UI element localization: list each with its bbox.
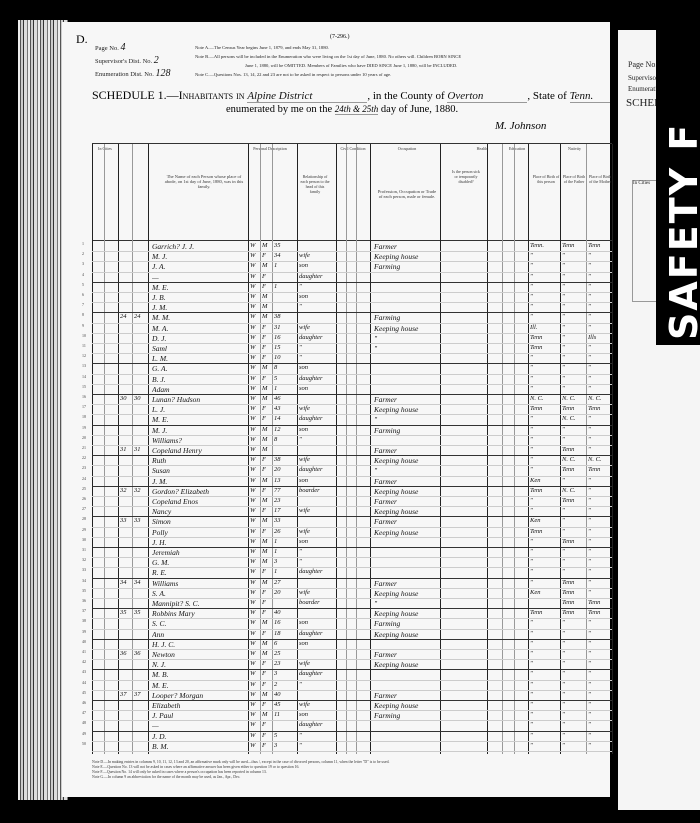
cell-birth: " [530,303,560,310]
cell-color: W [250,589,260,596]
cell-father: N. C. [562,415,586,422]
cell-occ: Farmer [374,579,438,588]
cell-name: L. M. [152,354,248,363]
cell-father: " [562,477,586,484]
cell-sex: M [262,395,272,402]
facing-in-cities-label: In Cities [633,181,650,186]
county-value: Overton [447,90,527,103]
cell-rel: son [299,477,335,484]
row-number: 10 [82,333,86,338]
table-row: 50B. M.WF3"""" [92,741,612,752]
row-number: 26 [82,496,86,501]
cell-name: Mannipit? S. C. [152,599,248,608]
cell-rel: wife [299,252,335,259]
cell-mother: " [588,426,612,433]
cell-name: Copeland Henry [152,446,248,455]
cell-birth: N. C. [530,395,560,402]
cell-name: J. H. [152,538,248,547]
cell-father: " [562,660,586,667]
cell-birth: " [530,579,560,586]
cell-color: W [250,324,260,331]
cell-name: M. A. [152,324,248,333]
cell-age: 13 [274,477,296,484]
cell-age: 17 [274,507,296,514]
row-number: 42 [82,659,86,664]
cell-color: W [250,466,260,473]
cell-color: W [250,415,260,422]
cell-rel: wife [299,660,335,667]
state-value: Tenn. [570,90,610,103]
row-number: 30 [82,537,86,542]
cell-mother: Ills [588,334,612,341]
note-c: Note C.—Questions Nos. 13, 14, 22 and 23… [195,70,605,79]
cell-birth: " [530,650,560,657]
cell-mother: N. C. [588,395,612,402]
row-number: 50 [82,741,86,746]
cell-age: 34 [274,252,296,259]
cell-occ: Farmer [374,691,438,700]
cell-mother: " [588,283,612,290]
row-number: 11 [82,343,86,348]
cell-sex: M [262,579,272,586]
cell-birth: Ken [530,517,560,524]
cell-sex: M [262,426,272,433]
enumeration-line: enumerated by me on the 24th & 25th day … [226,104,458,115]
cell-father: Tenn [562,466,586,473]
cell-birth: " [530,742,560,749]
cell-rel: son [299,538,335,545]
schedule-letter: D. [76,32,88,47]
page-number-label: Page No. [95,45,119,52]
cell-occ: Farming [374,619,438,628]
cell-dwelling: 35 [120,609,132,616]
cell-name: Saml [152,344,248,353]
row-number: 31 [82,547,86,552]
cell-name: M. E. [152,283,248,292]
cell-birth: Tenn [530,334,560,341]
page-number-value: 4 [120,42,125,53]
cell-sex: F [262,252,272,259]
cell-occ: Farmer [374,446,438,455]
cell-father: N. C. [562,487,586,494]
row-number: 22 [82,455,86,460]
cell-mother: " [588,415,612,422]
cell-father: N. C. [562,456,586,463]
cell-father: Tenn [562,497,586,504]
cell-color: W [250,354,260,361]
cell-mother: " [588,742,612,749]
cell-rel: " [299,354,335,361]
cell-rel: daughter [299,415,335,422]
instruction-notes: Note A.—The Census Year begins June 1, 1… [195,43,605,79]
cell-age: 43 [274,405,296,412]
cell-father: " [562,732,586,739]
cell-sex: M [262,446,272,453]
cell-occ: Keeping house [374,456,438,465]
cell-mother: " [588,487,612,494]
cell-father: " [562,334,586,341]
cell-mother: " [588,732,612,739]
cell-sex: M [262,548,272,555]
cell-birth: " [530,660,560,667]
book-binding-edge [18,20,68,800]
cell-sex: F [262,599,272,606]
cell-color: W [250,375,260,382]
cell-name: Nancy [152,507,248,516]
cell-father: Tenn [562,579,586,586]
civil-division-value: Alpine District [247,90,367,103]
cell-occ: Keeping house [374,589,438,598]
cell-mother: " [588,344,612,351]
cell-occ: Keeping house [374,528,438,537]
cell-age: 15 [274,344,296,351]
cell-color: W [250,344,260,351]
cell-rel: " [299,558,335,565]
cell-sex: F [262,324,272,331]
row-number: 1 [82,241,84,246]
cell-color: W [250,477,260,484]
cell-birth: Tenn [530,609,560,616]
cell-dwelling: 36 [120,650,132,657]
cell-father: Tenn [562,405,586,412]
enumeration-district-label: Enumeration Dist. No. [95,71,154,78]
row-number: 44 [82,680,86,685]
cell-color: W [250,558,260,565]
cell-color: W [250,640,260,647]
cell-father: " [562,283,586,290]
cell-age: 38 [274,313,296,320]
cell-birth: " [530,568,560,575]
cell-father: " [562,548,586,555]
cell-father: " [562,517,586,524]
cell-name: Susan [152,466,248,475]
cell-father: " [562,568,586,575]
cell-birth: " [530,262,560,269]
cell-birth: " [530,436,560,443]
row-number: 15 [82,384,86,389]
cell-rel: boarder [299,487,335,494]
row-number: 37 [82,608,86,613]
cell-dwelling: 31 [120,446,132,453]
cell-rel: " [299,548,335,555]
cell-name: S. A. [152,589,248,598]
cell-rel: wife [299,456,335,463]
cell-age: 5 [274,375,296,382]
cell-rel: " [299,742,335,749]
cell-birth: " [530,273,560,280]
cell-father: Tenn [562,242,586,249]
cell-mother: " [588,721,612,728]
row-number: 46 [82,700,86,705]
cell-name: M. J. [152,426,248,435]
cell-father: " [562,375,586,382]
cell-father: " [562,344,586,351]
cell-mother: " [588,385,612,392]
cell-occ: Farmer [374,497,438,506]
cell-father: " [562,721,586,728]
cell-name: J. M. [152,303,248,312]
cell-birth: " [530,558,560,565]
cell-name: H. J. C. [152,640,248,649]
cell-sex: F [262,568,272,575]
cell-name: N. J. [152,660,248,669]
cell-father: " [562,426,586,433]
cell-sex: F [262,283,272,290]
cell-rel: wife [299,507,335,514]
cell-birth: " [530,640,560,647]
cell-mother: N. C. [588,456,612,463]
header-father-birthplace: Place of Birth of the Father [562,174,586,184]
cell-birth: " [530,507,560,514]
cell-father: " [562,436,586,443]
cell-age: 3 [274,670,296,677]
cell-color: W [250,262,260,269]
row-number: 13 [82,363,86,368]
cell-name: M. E. [152,415,248,424]
row-number: 12 [82,353,86,358]
cell-color: W [250,701,260,708]
cell-name: M. B. [152,670,248,679]
cell-age: 6 [274,640,296,647]
cell-name: Simon [152,517,248,526]
cell-age: 23 [274,497,296,504]
cell-mother: " [588,477,612,484]
cell-name: Elizabeth [152,701,248,710]
cell-occ: Keeping house [374,701,438,710]
cell-occ: Farming [374,262,438,271]
cell-age: 40 [274,609,296,616]
cell-sex: F [262,742,272,749]
cell-color: W [250,742,260,749]
cell-rel: son [299,619,335,626]
cell-dwelling: 37 [120,691,132,698]
cell-sex: F [262,456,272,463]
cell-birth: Ken [530,589,560,596]
cell-name: Copeland Enos [152,497,248,506]
cell-mother: " [588,619,612,626]
cell-mother: " [588,681,612,688]
cell-name: J. A. [152,262,248,271]
cell-birth: Ken [530,477,560,484]
cell-rel: daughter [299,721,335,728]
header-sick: Is the person sick or temporarily disabl… [450,169,482,184]
cell-name: B. J. [152,375,248,384]
cell-color: W [250,252,260,259]
cell-mother: " [588,691,612,698]
cell-sex: M [262,691,272,698]
row-number: 41 [82,649,86,654]
footnotes: Note D.—In making entries in columns 9, … [92,760,472,780]
cell-color: W [250,334,260,341]
note-b: Note B.—All persons will be included in … [195,52,605,61]
cell-sex: F [262,507,272,514]
cell-age: 20 [274,589,296,596]
col-border [612,144,613,754]
cell-color: W [250,681,260,688]
cell-family: 36 [134,650,148,657]
cell-father: " [562,252,586,259]
cell-rel: daughter [299,273,335,280]
cell-family: 24 [134,313,148,320]
cell-age: 1 [274,548,296,555]
cell-rel: " [299,283,335,290]
facing-in-cities-header: In Cities [632,180,658,302]
enumeration-district-value: 128 [155,68,170,79]
cell-father: Tenn [562,599,586,606]
census-table: In Cities The Name of each Person whose … [92,143,612,754]
row-number: 18 [82,414,86,419]
cell-name: Williams? [152,436,248,445]
cell-family: 35 [134,609,148,616]
row-number: 14 [82,374,86,379]
cell-mother: " [588,375,612,382]
cell-family: 32 [134,487,148,494]
row-number: 20 [82,435,86,440]
cell-family: 31 [134,446,148,453]
cell-occ: " [374,599,438,608]
cell-age: 77 [274,487,296,494]
cell-mother: " [588,660,612,667]
cell-age: 14 [274,415,296,422]
cell-color: W [250,517,260,524]
cell-name: J. D. [152,732,248,741]
cell-father: " [562,619,586,626]
cell-age: 18 [274,630,296,637]
cell-color: W [250,599,260,606]
cell-father: " [562,558,586,565]
cell-name: Ruth [152,456,248,465]
cell-birth: " [530,466,560,473]
cell-color: W [250,283,260,290]
cell-name: — [152,273,248,282]
cell-sex: M [262,385,272,392]
cell-sex: M [262,650,272,657]
cell-mother: " [588,354,612,361]
group-header-in-cities: In Cities [94,146,116,151]
cell-age: 40 [274,691,296,698]
cell-name: Robbins Mary [152,609,248,618]
cell-occ: Keeping house [374,630,438,639]
cell-father: " [562,742,586,749]
cell-birth: " [530,497,560,504]
cell-sex: F [262,354,272,361]
cell-sex: F [262,681,272,688]
cell-age: 16 [274,619,296,626]
cell-mother: Tenn [588,599,612,606]
cell-father: " [562,354,586,361]
cell-age: 20 [274,466,296,473]
cell-occ: Keeping house [374,324,438,333]
row-number: 8 [82,312,84,317]
cell-age: 1 [274,283,296,290]
cell-mother: " [588,579,612,586]
cell-sex: M [262,313,272,320]
cell-name: R. E. [152,568,248,577]
cell-rel: daughter [299,568,335,575]
cell-occ: " [374,344,438,353]
cell-birth: " [530,538,560,545]
cell-dwelling: 33 [120,517,132,524]
cell-father: Tenn [562,446,586,453]
cell-name: D. J. [152,334,248,343]
cell-rel: son [299,711,335,718]
cell-occ: Farmer [374,395,438,404]
cell-occ: Farmer [374,242,438,251]
enumerated-days: 24th & 25th [335,104,379,115]
cell-mother: " [588,313,612,320]
cell-birth: " [530,375,560,382]
header-relationship: Relationship of each person to the head … [300,174,330,194]
cell-sex: M [262,619,272,626]
cell-father: " [562,262,586,269]
cell-mother: " [588,711,612,718]
row-number: 7 [82,302,84,307]
cell-occ: Farming [374,313,438,322]
cell-name: Lunan? Hudson [152,395,248,404]
cell-color: W [250,456,260,463]
cell-sex: M [262,558,272,565]
cell-family: 37 [134,691,148,698]
supervisor-district-value: 2 [154,55,159,66]
cell-sex: F [262,375,272,382]
cell-name: — [152,721,248,730]
cell-rel: son [299,293,335,300]
cell-father: " [562,701,586,708]
cell-age: 1 [274,538,296,545]
cell-sex: F [262,589,272,596]
cell-sex: F [262,609,272,616]
cell-age: 5 [274,732,296,739]
cell-rel: " [299,303,335,310]
cell-father: " [562,711,586,718]
cell-mother: " [588,364,612,371]
row-number: 40 [82,639,86,644]
cell-dwelling: 34 [120,579,132,586]
cell-birth: " [530,548,560,555]
cell-father: " [562,528,586,535]
cell-rel: wife [299,528,335,535]
note-b-cont: June 1, 1880, will be OMITTED. Members o… [195,61,605,70]
row-number: 19 [82,425,86,430]
cell-name: Adam [152,385,248,394]
cell-mother: " [588,568,612,575]
row-number: 4 [82,272,84,277]
cell-rel: son [299,385,335,392]
cell-sex: M [262,242,272,249]
cell-sex: M [262,364,272,371]
cell-age: 35 [274,242,296,249]
note-a: Note A.—The Census Year begins June 1, 1… [195,43,605,52]
cell-mother: " [588,252,612,259]
cell-birth: " [530,426,560,433]
row-number: 35 [82,588,86,593]
header-occupation: Profession, Occupation or Trade of each … [377,189,437,199]
schedule-title: SCHEDULE 1.—Inhabitants in [92,88,245,102]
cell-birth: " [530,415,560,422]
cell-color: W [250,507,260,514]
cell-occ: " [374,334,438,343]
header-mother-birthplace: Place of Birth of the Mother [588,174,612,184]
cell-mother: Tenn [588,466,612,473]
cell-birth: " [530,446,560,453]
row-number: 45 [82,690,86,695]
cell-rel: boarder [299,599,335,606]
cell-mother: " [588,497,612,504]
cell-mother: " [588,324,612,331]
cell-color: W [250,711,260,718]
group-header-civil: Civil Condition [340,146,366,151]
cell-age: 33 [274,517,296,524]
